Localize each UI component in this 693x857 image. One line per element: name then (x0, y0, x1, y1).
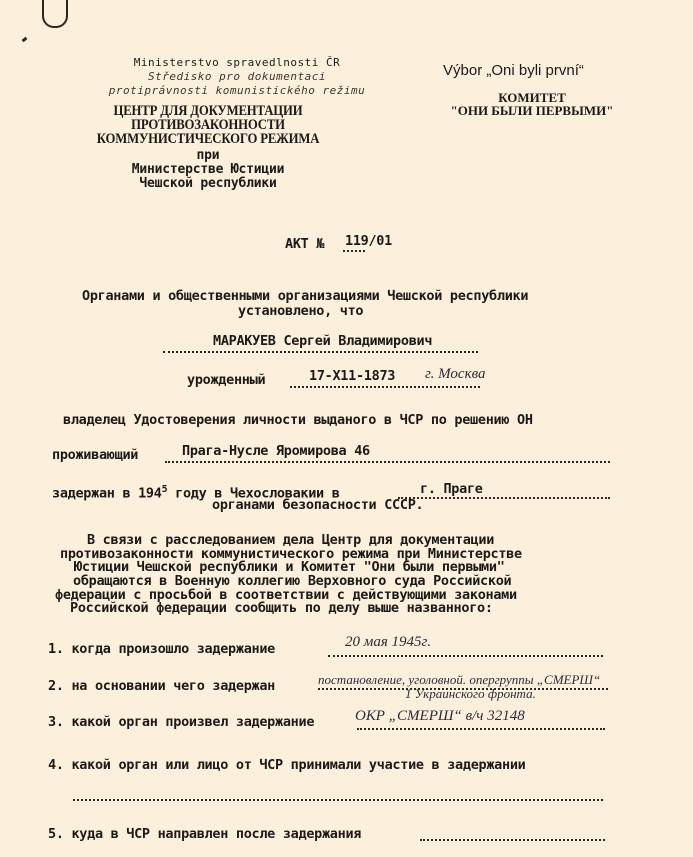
committee-ru-line2: "ОНИ БЫЛИ ПЕРВЫМИ" (432, 103, 632, 119)
ink-speck (22, 37, 28, 43)
request-line: Российской федерации сообщить по делу вы… (70, 600, 493, 616)
ministry-cz: Ministerstvo spravedlnosti ČR (87, 56, 387, 69)
center-ru-line1: ЦЕНТР ДЛЯ ДОКУМЕНТАЦИИ (76, 104, 340, 118)
birth-date: 17-Х11-1873 (309, 368, 395, 384)
detained-year-digit: 5 (162, 484, 168, 495)
question-1-answer: 20 мая 1945г. (345, 634, 431, 651)
birth-place: г. Москва (425, 366, 486, 383)
born-label: урожденный (187, 372, 265, 388)
center-cz-line1: Středisko pro dokumentaci (87, 70, 387, 83)
center-cz-line2: protiprávnosti komunistického režimu (87, 84, 387, 97)
intro-line1: Органами и общественными организациями Ч… (82, 288, 528, 304)
detained-by: органами безопасности СССР. (212, 497, 423, 513)
person-name: МАРАКУЕВ Сергей Владимирович (213, 333, 432, 349)
center-ru-line6: Чешской республики (58, 177, 358, 191)
act-number: 119/01 (345, 233, 392, 249)
paperclip-icon (42, 0, 68, 28)
question-3-answer: ОКР „СМЕРШ“ в/ч 32148 (355, 708, 525, 725)
id-text: владелец Удостоверения личности выданого… (63, 412, 533, 428)
center-ru-line2: ПРОТИВОЗАКОННОСТИ (76, 118, 340, 132)
committee-cz: Výbor „Oni byli první“ (443, 62, 584, 79)
question-4-label: 4. какой орган или лицо от ЧСР принимали… (48, 757, 526, 773)
question-2-label: 2. на основании чего задержан (48, 678, 275, 694)
intro-line2: установлено, что (238, 303, 363, 319)
center-ru-line4: при (58, 149, 358, 163)
residence: Прага-Нусле Яромирова 46 (182, 443, 370, 459)
question-5-label: 5. куда в ЧСР направлен после задержания (48, 826, 361, 842)
act-label: АКТ № (285, 236, 324, 252)
residence-label: проживающий (52, 447, 138, 463)
center-ru-line3: КОММУНИСТИЧЕСКОГО РЕЖИМА (76, 132, 340, 146)
detained-place: г. Праге (420, 481, 483, 497)
question-3-label: 3. какой орган произвел задержание (48, 714, 314, 730)
question-1-label: 1. когда произошло задержание (48, 641, 275, 657)
center-ru-line5: Министерстве Юстиции (58, 163, 358, 177)
